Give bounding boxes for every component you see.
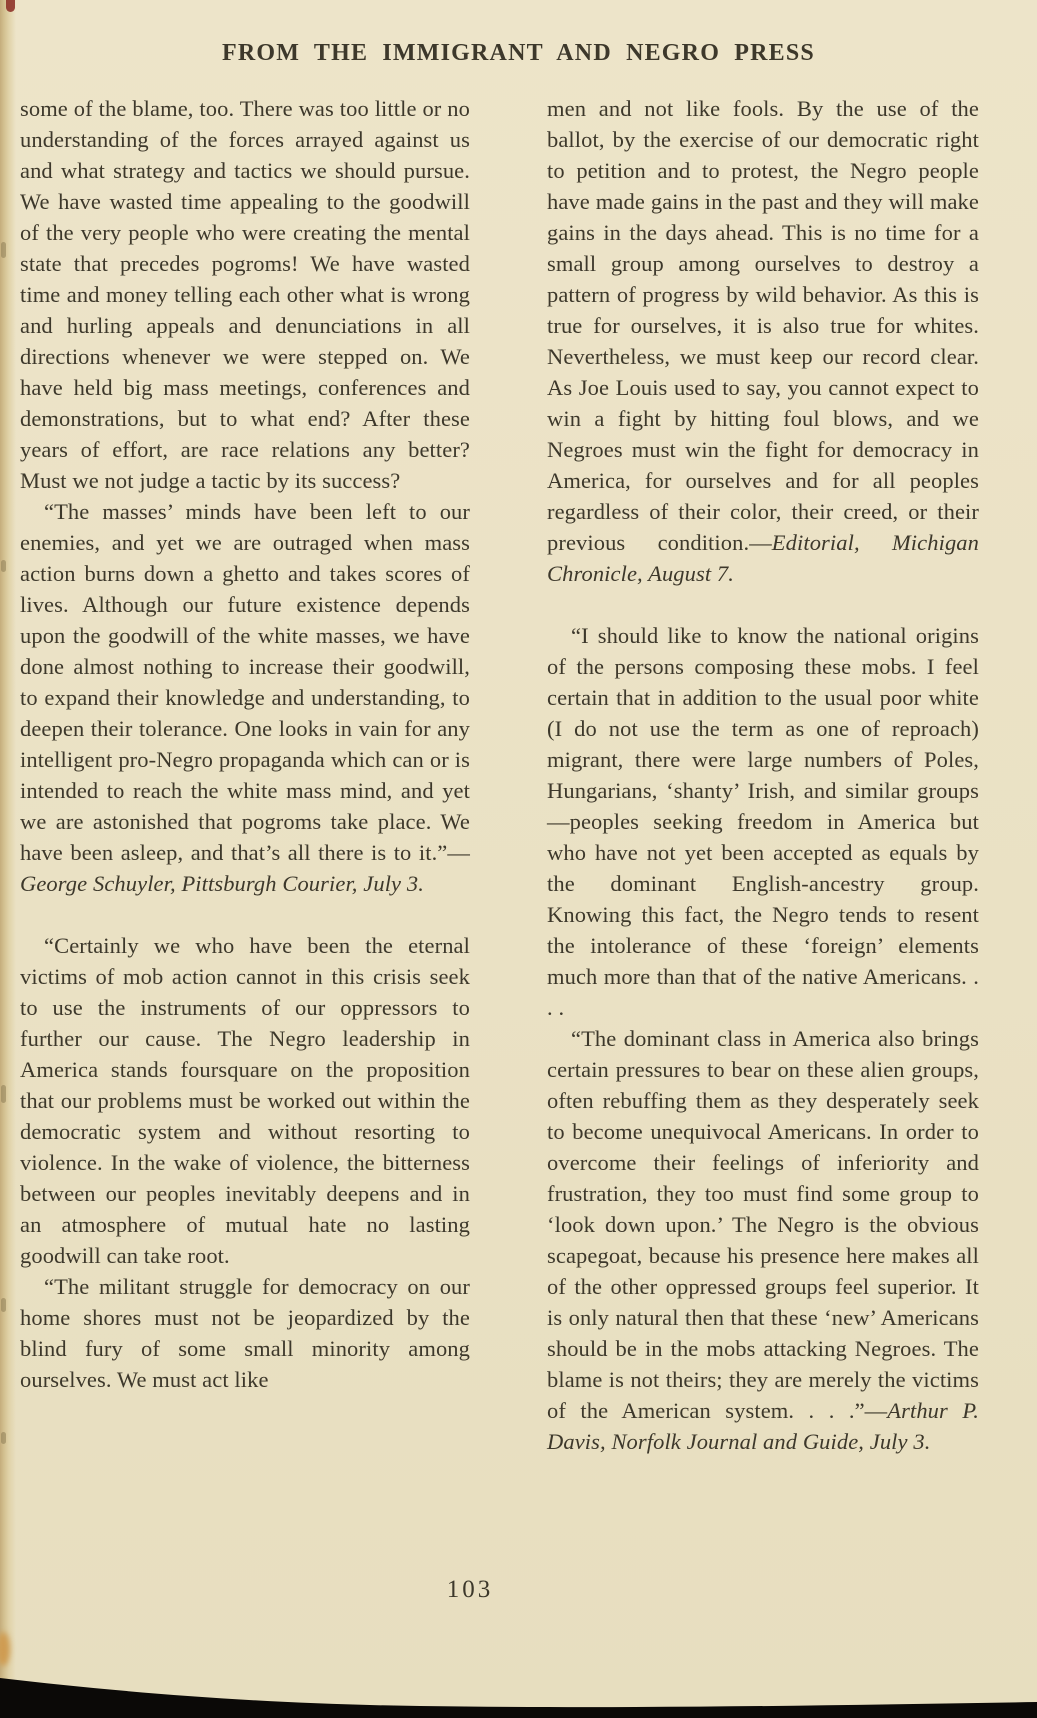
body-text: “The masses’ minds have been left to our… (20, 499, 470, 865)
page-edge-mark (1, 560, 6, 572)
paragraph: “Certainly we who have been the eternal … (20, 930, 470, 1271)
page-number: 103 (0, 1576, 940, 1604)
running-head: FROM THE IMMIGRANT AND NEGRO PRESS (0, 40, 1037, 67)
body-text: “Certainly we who have been the eternal … (20, 933, 470, 1268)
ink-speck (6, 0, 15, 12)
paragraph: “The masses’ minds have been left to our… (20, 496, 470, 899)
paragraph: “I should like to know the national orig… (547, 620, 979, 1023)
body-text: “I should like to know the national orig… (547, 623, 979, 1020)
page-edge-mark (1, 1298, 6, 1312)
page-edge-mark (1, 242, 6, 258)
body-text: “The dominant class in America also brin… (547, 1026, 979, 1423)
paragraph: “The militant struggle for democracy on … (20, 1271, 470, 1395)
page-edge-mark (1, 1085, 6, 1103)
paragraph: some of the blame, too. There was too li… (20, 93, 470, 496)
paragraph: men and not like fools. By the use of th… (547, 93, 979, 589)
body-text: “The militant struggle for democracy on … (20, 1274, 470, 1392)
body-text: men and not like fools. By the use of th… (547, 96, 979, 555)
column-right: men and not like fools. By the use of th… (547, 93, 979, 1457)
paragraph: “The dominant class in America also brin… (547, 1023, 979, 1457)
page-edge-mark (1, 1432, 6, 1444)
column-left: some of the blame, too. There was too li… (20, 93, 470, 1395)
photo-bottom-shadow (0, 1672, 1037, 1718)
book-page-scan: { "page": { "header": "FROM THE IMMIGRAN… (0, 0, 1037, 1718)
body-text: some of the blame, too. There was too li… (20, 96, 470, 493)
attribution-text: George Schuyler, Pittsburgh Courier, Jul… (20, 871, 424, 896)
